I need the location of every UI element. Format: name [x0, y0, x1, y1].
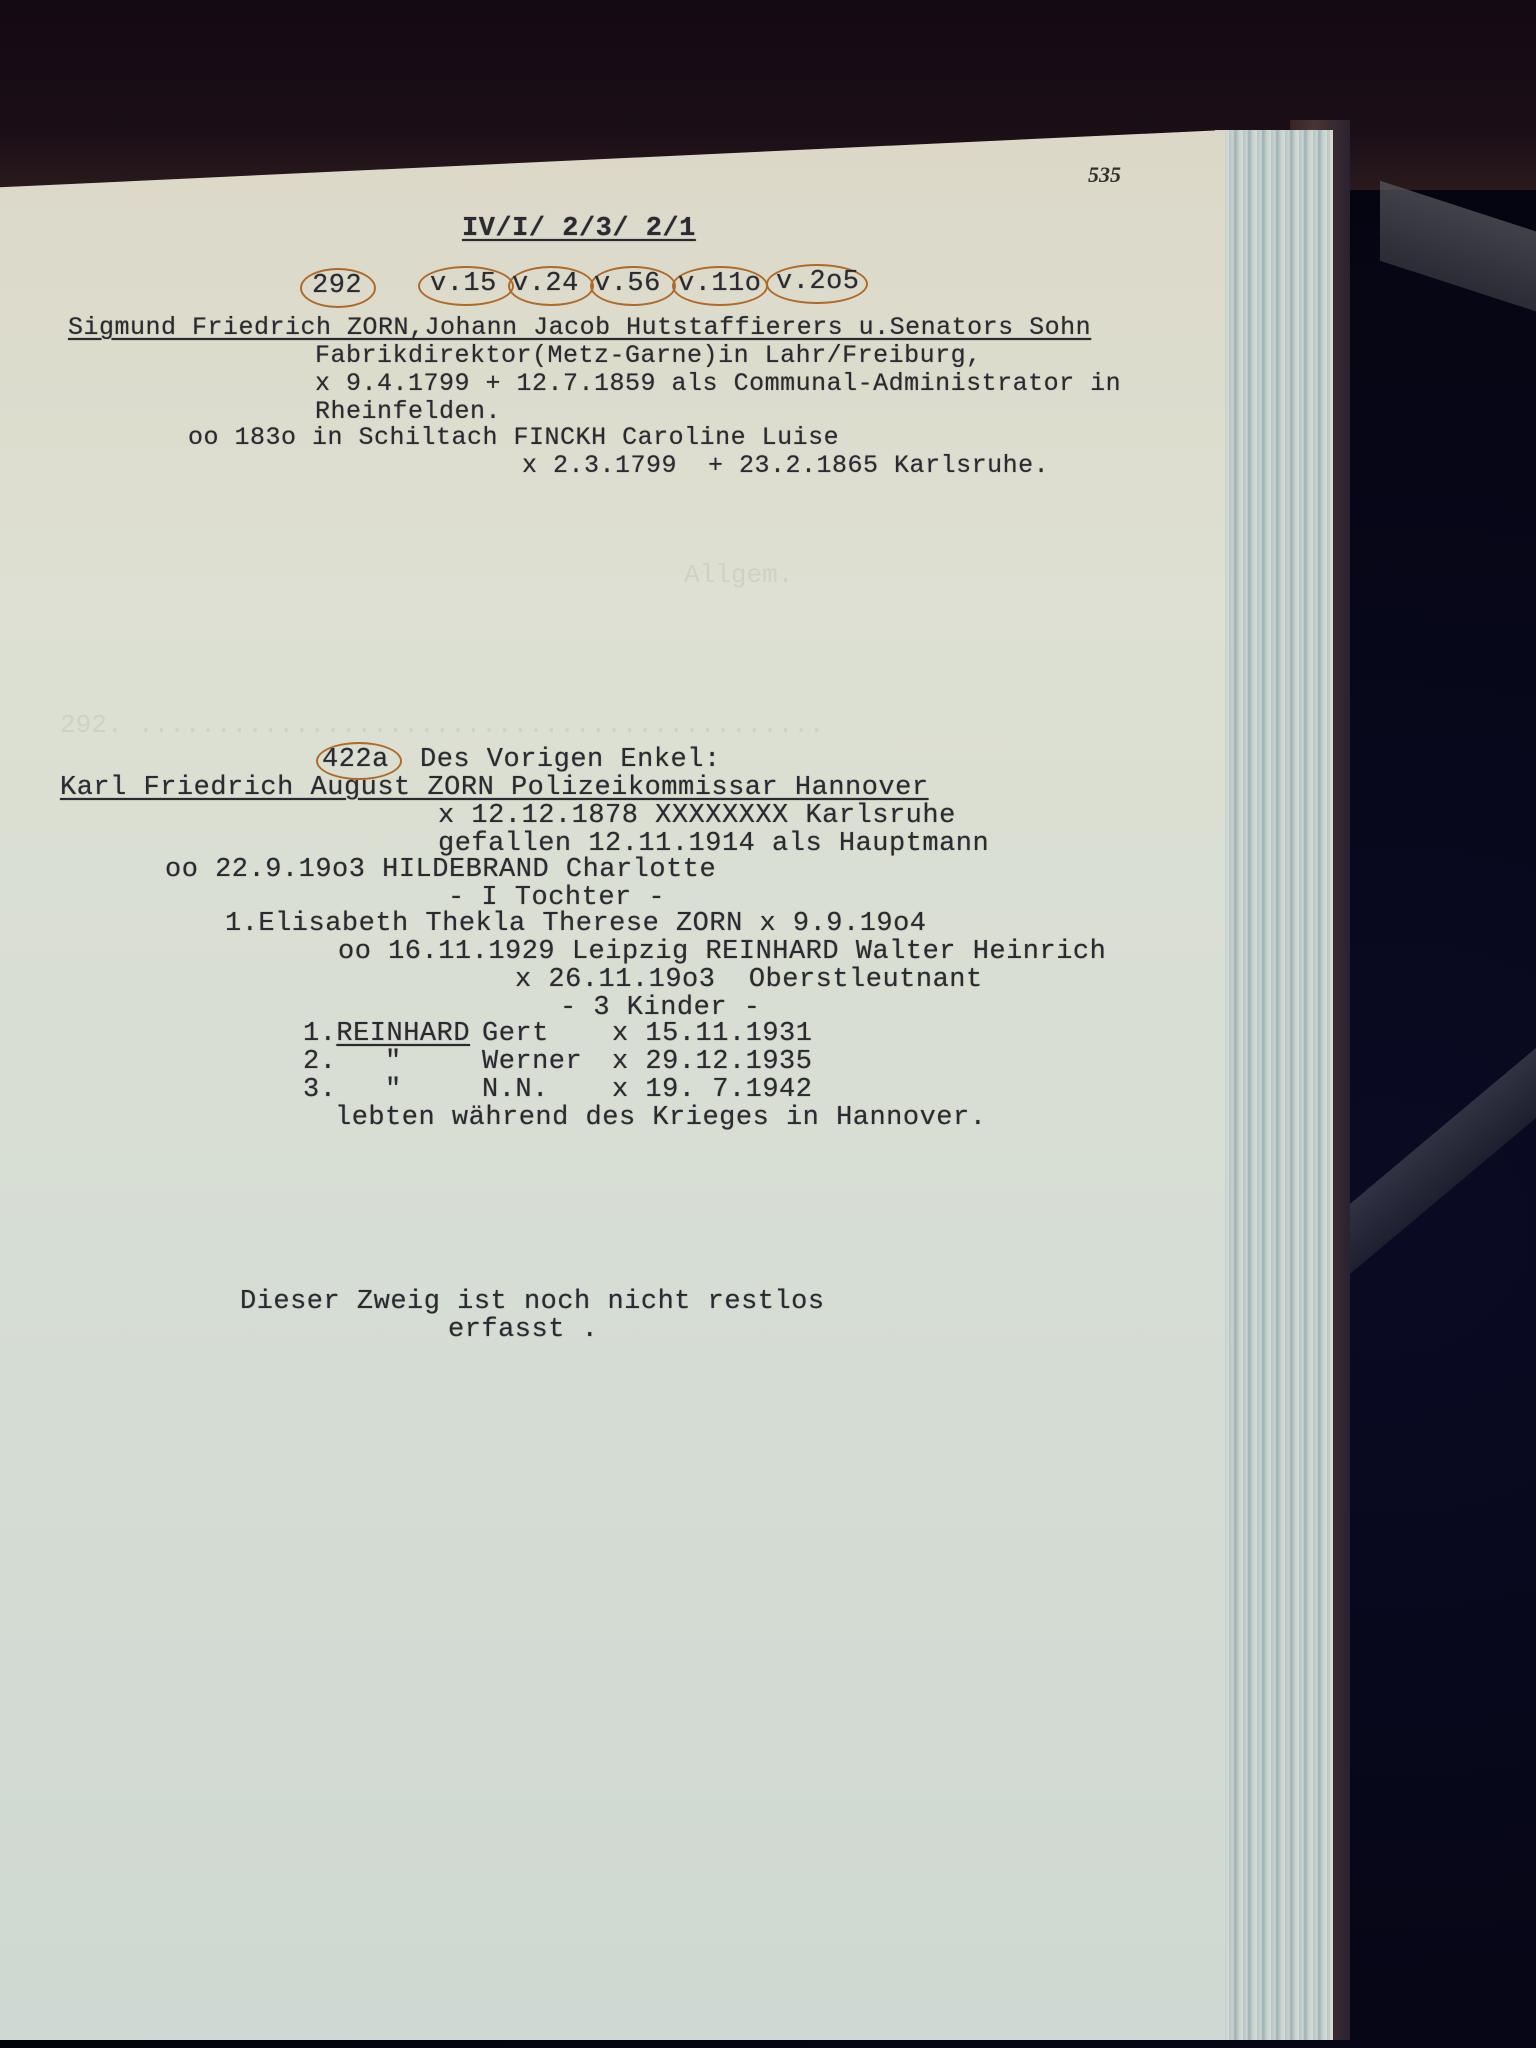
entry-line: Sigmund Friedrich ZORN,Johann Jacob Huts… — [68, 314, 1091, 342]
entry-line: gefallen 12.11.1914 als Hauptmann — [438, 830, 989, 858]
cross-ref: v.56 — [594, 270, 661, 298]
entry-line: Karl Friedrich August ZORN Polizeikommis… — [60, 774, 929, 802]
entry-line: x 9.4.1799 + 12.7.1859 als Communal-Admi… — [315, 370, 1121, 398]
child-born: x 29.12.1935 — [612, 1048, 812, 1076]
show-through-text: 292. ...................................… — [60, 710, 825, 740]
section-code: IV/I/ 2/3/ 2/1 — [462, 215, 696, 243]
entry-line: x 26.11.19o3 Oberstleutnant — [515, 966, 983, 994]
entry-line: Rheinfelden. — [315, 398, 501, 426]
child-row: 2. — [303, 1048, 336, 1076]
entry-line: x 2.3.1799 + 23.2.1865 Karlsruhe. — [522, 452, 1049, 480]
entry-line: - 3 Kinder - — [560, 994, 760, 1022]
background-object — [1380, 181, 1536, 319]
child-row: 3. — [303, 1076, 336, 1104]
child-name: Gert — [482, 1020, 549, 1048]
background-object — [1350, 1036, 1536, 1274]
entry-line: oo 16.11.1929 Leipzig REINHARD Walter He… — [338, 938, 1106, 966]
note-line: erfasst . — [448, 1316, 598, 1344]
entry-line: Fabrikdirektor(Metz-Garne)in Lahr/Freibu… — [315, 342, 982, 370]
cross-ref: v.2o5 — [776, 268, 860, 296]
entry-line: x 12.12.1878 XXXXXXXX Karlsruhe — [438, 802, 956, 830]
child-born: x 19. 7.1942 — [612, 1076, 812, 1104]
page-number: 535 — [1088, 162, 1121, 188]
child-surname: " — [385, 1076, 402, 1104]
child-row: 1.REINHARD — [303, 1020, 470, 1048]
ref-number: 422a — [322, 746, 389, 774]
show-through-text: Allgem. — [60, 560, 949, 590]
child-born: x 15.11.1931 — [612, 1020, 812, 1048]
ref-number: 292 — [312, 272, 362, 300]
note-line: Dieser Zweig ist noch nicht restlos — [240, 1288, 825, 1316]
entry-intro: Des Vorigen Enkel: — [420, 746, 721, 774]
entry-line: lebten während des Krieges in Hannover. — [335, 1104, 986, 1132]
entry-line: - I Tochter - — [448, 884, 665, 912]
page-edges — [1215, 130, 1333, 2040]
cross-ref: v.15 — [430, 270, 497, 298]
entry-line: 1.Elisabeth Thekla Therese ZORN x 9.9.19… — [225, 910, 927, 938]
cross-ref: v.24 — [512, 270, 579, 298]
entry-line: oo 22.9.19o3 HILDEBRAND Charlotte — [165, 856, 716, 884]
child-name: N.N. — [482, 1076, 549, 1104]
child-surname: " — [385, 1048, 402, 1076]
cross-ref: v.11o — [678, 270, 762, 298]
child-name: Werner — [482, 1048, 582, 1076]
entry-line: oo 183o in Schiltach FINCKH Caroline Lui… — [188, 424, 839, 452]
